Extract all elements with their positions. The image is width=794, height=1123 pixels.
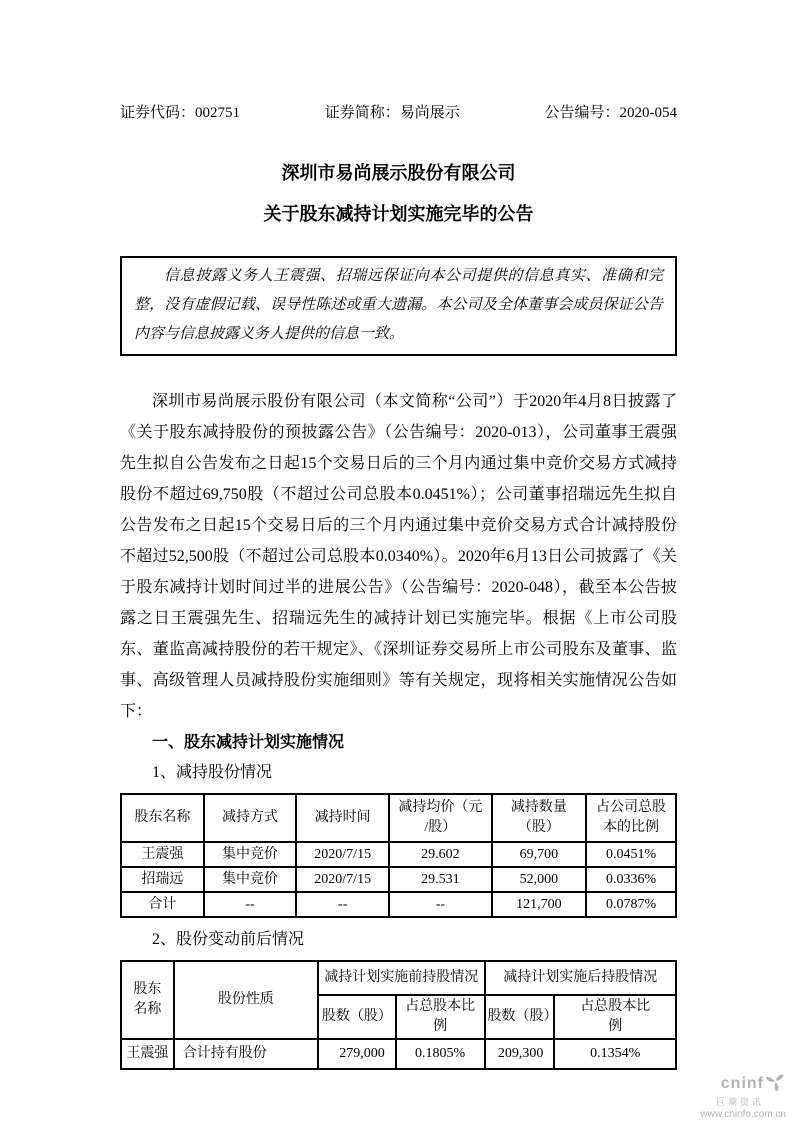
col-header-shareholder: 股东名称 — [121, 794, 204, 842]
table-header-row: 股东名称 减持方式 减持时间 减持均价（元 /股） 减持数量 （股） 占公司总股… — [121, 794, 676, 842]
stock-short-name: 证券简称：易尚展示 — [325, 103, 460, 123]
col-header-time: 减持时间 — [296, 794, 389, 842]
cell-time: -- — [296, 892, 389, 917]
watermark-brand-row: cninf — [676, 1072, 786, 1096]
col-header-avg-price: 减持均价（元 /股） — [389, 794, 492, 842]
cell-ratio-before: 0.1805% — [396, 1039, 485, 1069]
col-header-method: 减持方式 — [204, 794, 297, 842]
col-header-ratio-before: 占总股本比 例 — [396, 995, 485, 1039]
company-title: 深圳市易尚展示股份有限公司 — [120, 161, 677, 185]
announcement-title: 关于股东减持计划实施完毕的公告 — [120, 202, 677, 226]
watermark-brand-text: cninf — [721, 1076, 764, 1092]
table-group-header-row: 股东 名称 股份性质 减持计划实施前持股情况 减持计划实施后持股情况 — [121, 961, 676, 995]
subsection-1-heading: 1、减持股份情况 — [120, 762, 677, 784]
cninfo-logo-icon — [765, 1072, 786, 1096]
col-header-share-nature: 股份性质 — [174, 961, 318, 1039]
cell-shareholder: 王震强 — [121, 842, 204, 867]
cell-avg-price: 29.531 — [389, 867, 492, 892]
cell-method: -- — [204, 892, 297, 917]
table-total-row: 合计 -- -- -- 121,700 0.0787% — [121, 892, 676, 917]
col-header-quantity: 减持数量 （股） — [492, 794, 586, 842]
cell-shareholder: 招瑞远 — [121, 867, 204, 892]
cell-time: 2020/7/15 — [296, 867, 389, 892]
cell-shareholder: 王震强 — [121, 1039, 174, 1069]
subsection-2-heading: 2、股份变动前后情况 — [120, 929, 677, 951]
group-header-after: 减持计划实施后持股情况 — [485, 961, 677, 995]
disclosure-statement-box: 信息披露义务人王震强、招瑞远保证向本公司提供的信息真实、准确和完整，没有虚假记载… — [120, 256, 677, 356]
stock-code: 证券代码：002751 — [120, 103, 240, 123]
cell-method: 集中竞价 — [204, 867, 297, 892]
table-row: 王震强 集中竞价 2020/7/15 29.602 69,700 0.0451% — [121, 842, 676, 867]
announcement-page: 证券代码：002751 证券简称：易尚展示 公告编号：2020-054 深圳市易… — [0, 0, 794, 1123]
cell-quantity: 52,000 — [492, 867, 586, 892]
table-row: 招瑞远 集中竞价 2020/7/15 29.531 52,000 0.0336% — [121, 867, 676, 892]
col-header-ratio: 占公司总股 本的比例 — [586, 794, 676, 842]
shareholding-change-table: 股东 名称 股份性质 减持计划实施前持股情况 减持计划实施后持股情况 股数（股）… — [120, 960, 677, 1070]
disclosure-statement-text: 信息披露义务人王震强、招瑞远保证向本公司提供的信息真实、准确和完整，没有虚假记载… — [134, 262, 663, 349]
col-header-shares-before: 股数（股） — [318, 995, 396, 1039]
section-1-heading: 一、股东减持计划实施情况 — [120, 732, 677, 754]
cell-time: 2020/7/15 — [296, 842, 389, 867]
group-header-before: 减持计划实施前持股情况 — [318, 961, 484, 995]
watermark-chinese-name: 巨潮资讯 — [676, 1097, 764, 1107]
cell-shares-after: 209,300 — [485, 1039, 555, 1069]
col-header-ratio-after: 占总股本比 例 — [554, 995, 676, 1039]
cell-ratio: 0.0336% — [586, 867, 676, 892]
cell-avg-price: 29.602 — [389, 842, 492, 867]
reduction-details-table: 股东名称 减持方式 减持时间 减持均价（元 /股） 减持数量 （股） 占公司总股… — [120, 793, 677, 918]
cninfo-watermark: cninf 巨潮资讯 www.cninfo.com.cn — [676, 1072, 786, 1121]
table-row: 王震强 合计持有股份 279,000 0.1805% 209,300 0.135… — [121, 1039, 676, 1069]
cell-method: 集中竞价 — [204, 842, 297, 867]
cell-avg-price: -- — [389, 892, 492, 917]
col-header-shareholder: 股东 名称 — [121, 961, 174, 1039]
document-header: 证券代码：002751 证券简称：易尚展示 公告编号：2020-054 — [120, 103, 677, 123]
cell-quantity: 121,700 — [492, 892, 586, 917]
cell-quantity: 69,700 — [492, 842, 586, 867]
cell-shares-before: 279,000 — [318, 1039, 396, 1069]
cell-ratio: 0.0451% — [586, 842, 676, 867]
announcement-number: 公告编号：2020-054 — [545, 103, 678, 123]
cell-total-label: 合计 — [121, 892, 204, 917]
cell-ratio-after: 0.1354% — [554, 1039, 676, 1069]
body-paragraph: 深圳市易尚展示股份有限公司（本文简称“公司”）于2020年4月8日披露了《关于股… — [120, 386, 677, 727]
cell-ratio: 0.0787% — [586, 892, 676, 917]
watermark-url: www.cninfo.com.cn — [676, 1109, 786, 1121]
col-header-shares-after: 股数（股） — [485, 995, 555, 1039]
cell-share-nature: 合计持有股份 — [174, 1039, 318, 1069]
